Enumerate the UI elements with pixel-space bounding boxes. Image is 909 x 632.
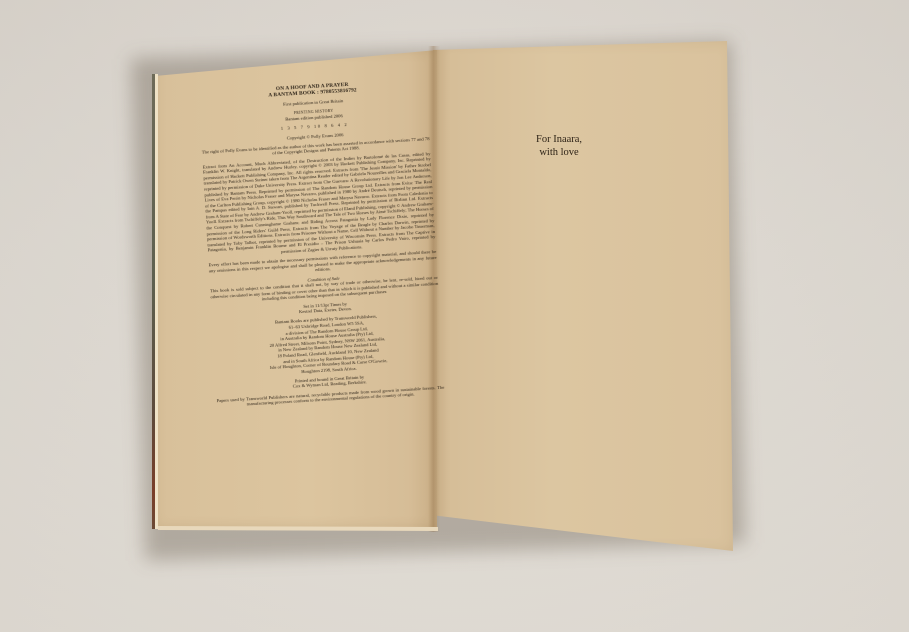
right-page xyxy=(433,41,733,551)
dedication-line-2: with love xyxy=(536,146,582,159)
left-page-edge xyxy=(155,74,158,529)
page-stack-bottom xyxy=(158,526,438,531)
dedication-line-1: For Inaara, xyxy=(536,133,582,146)
open-book: ON A HOOF AND A PRAYER A BANTAM BOOK : 9… xyxy=(0,0,909,632)
dedication: For Inaara, with love xyxy=(536,133,582,159)
extracts-paragraph: Extract from An Account, Much Abbreviate… xyxy=(203,151,436,259)
copyright-page-text: ON A HOOF AND A PRAYER A BANTAM BOOK : 9… xyxy=(198,77,445,409)
